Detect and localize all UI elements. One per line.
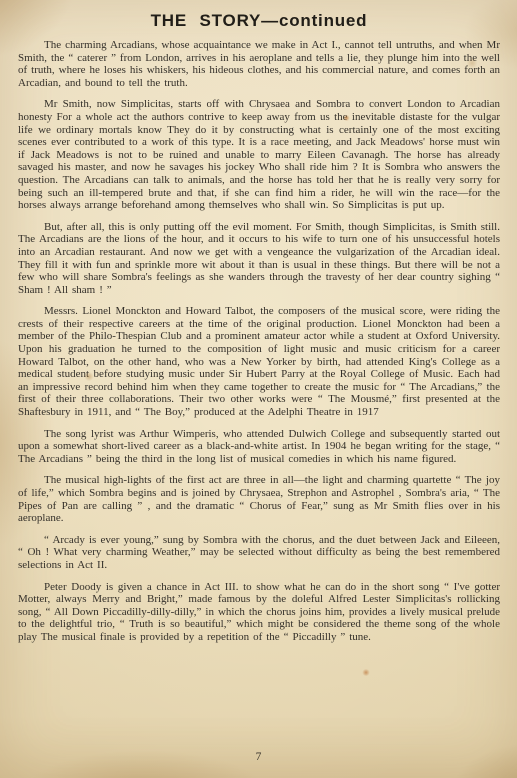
page-number: 7 <box>0 751 517 763</box>
story-paragraph-5: The song lyrist was Arthur Wimperis, who… <box>18 428 500 466</box>
story-paragraph-6: The musical high-lights of the first act… <box>18 474 500 524</box>
paper-stain <box>362 669 370 676</box>
story-paragraph-4: Messrs. Lionel Monckton and Howard Talbo… <box>18 305 500 418</box>
story-paragraph-7: “ Arcady is ever young,” sung by Sombra … <box>18 534 500 572</box>
story-paragraph-1: The charming Arcadians, whose acquaintan… <box>18 39 500 89</box>
story-paragraph-3: But, after all, this is only putting off… <box>18 221 500 297</box>
page-title: THE STORY—continued <box>18 11 500 31</box>
story-paragraph-2: Mr Smith, now Simplicitas, starts off wi… <box>18 98 500 211</box>
programme-page: THE STORY—continued The charming Arcadia… <box>0 0 517 778</box>
story-paragraph-8: Peter Doody is given a chance in Act III… <box>18 581 500 644</box>
